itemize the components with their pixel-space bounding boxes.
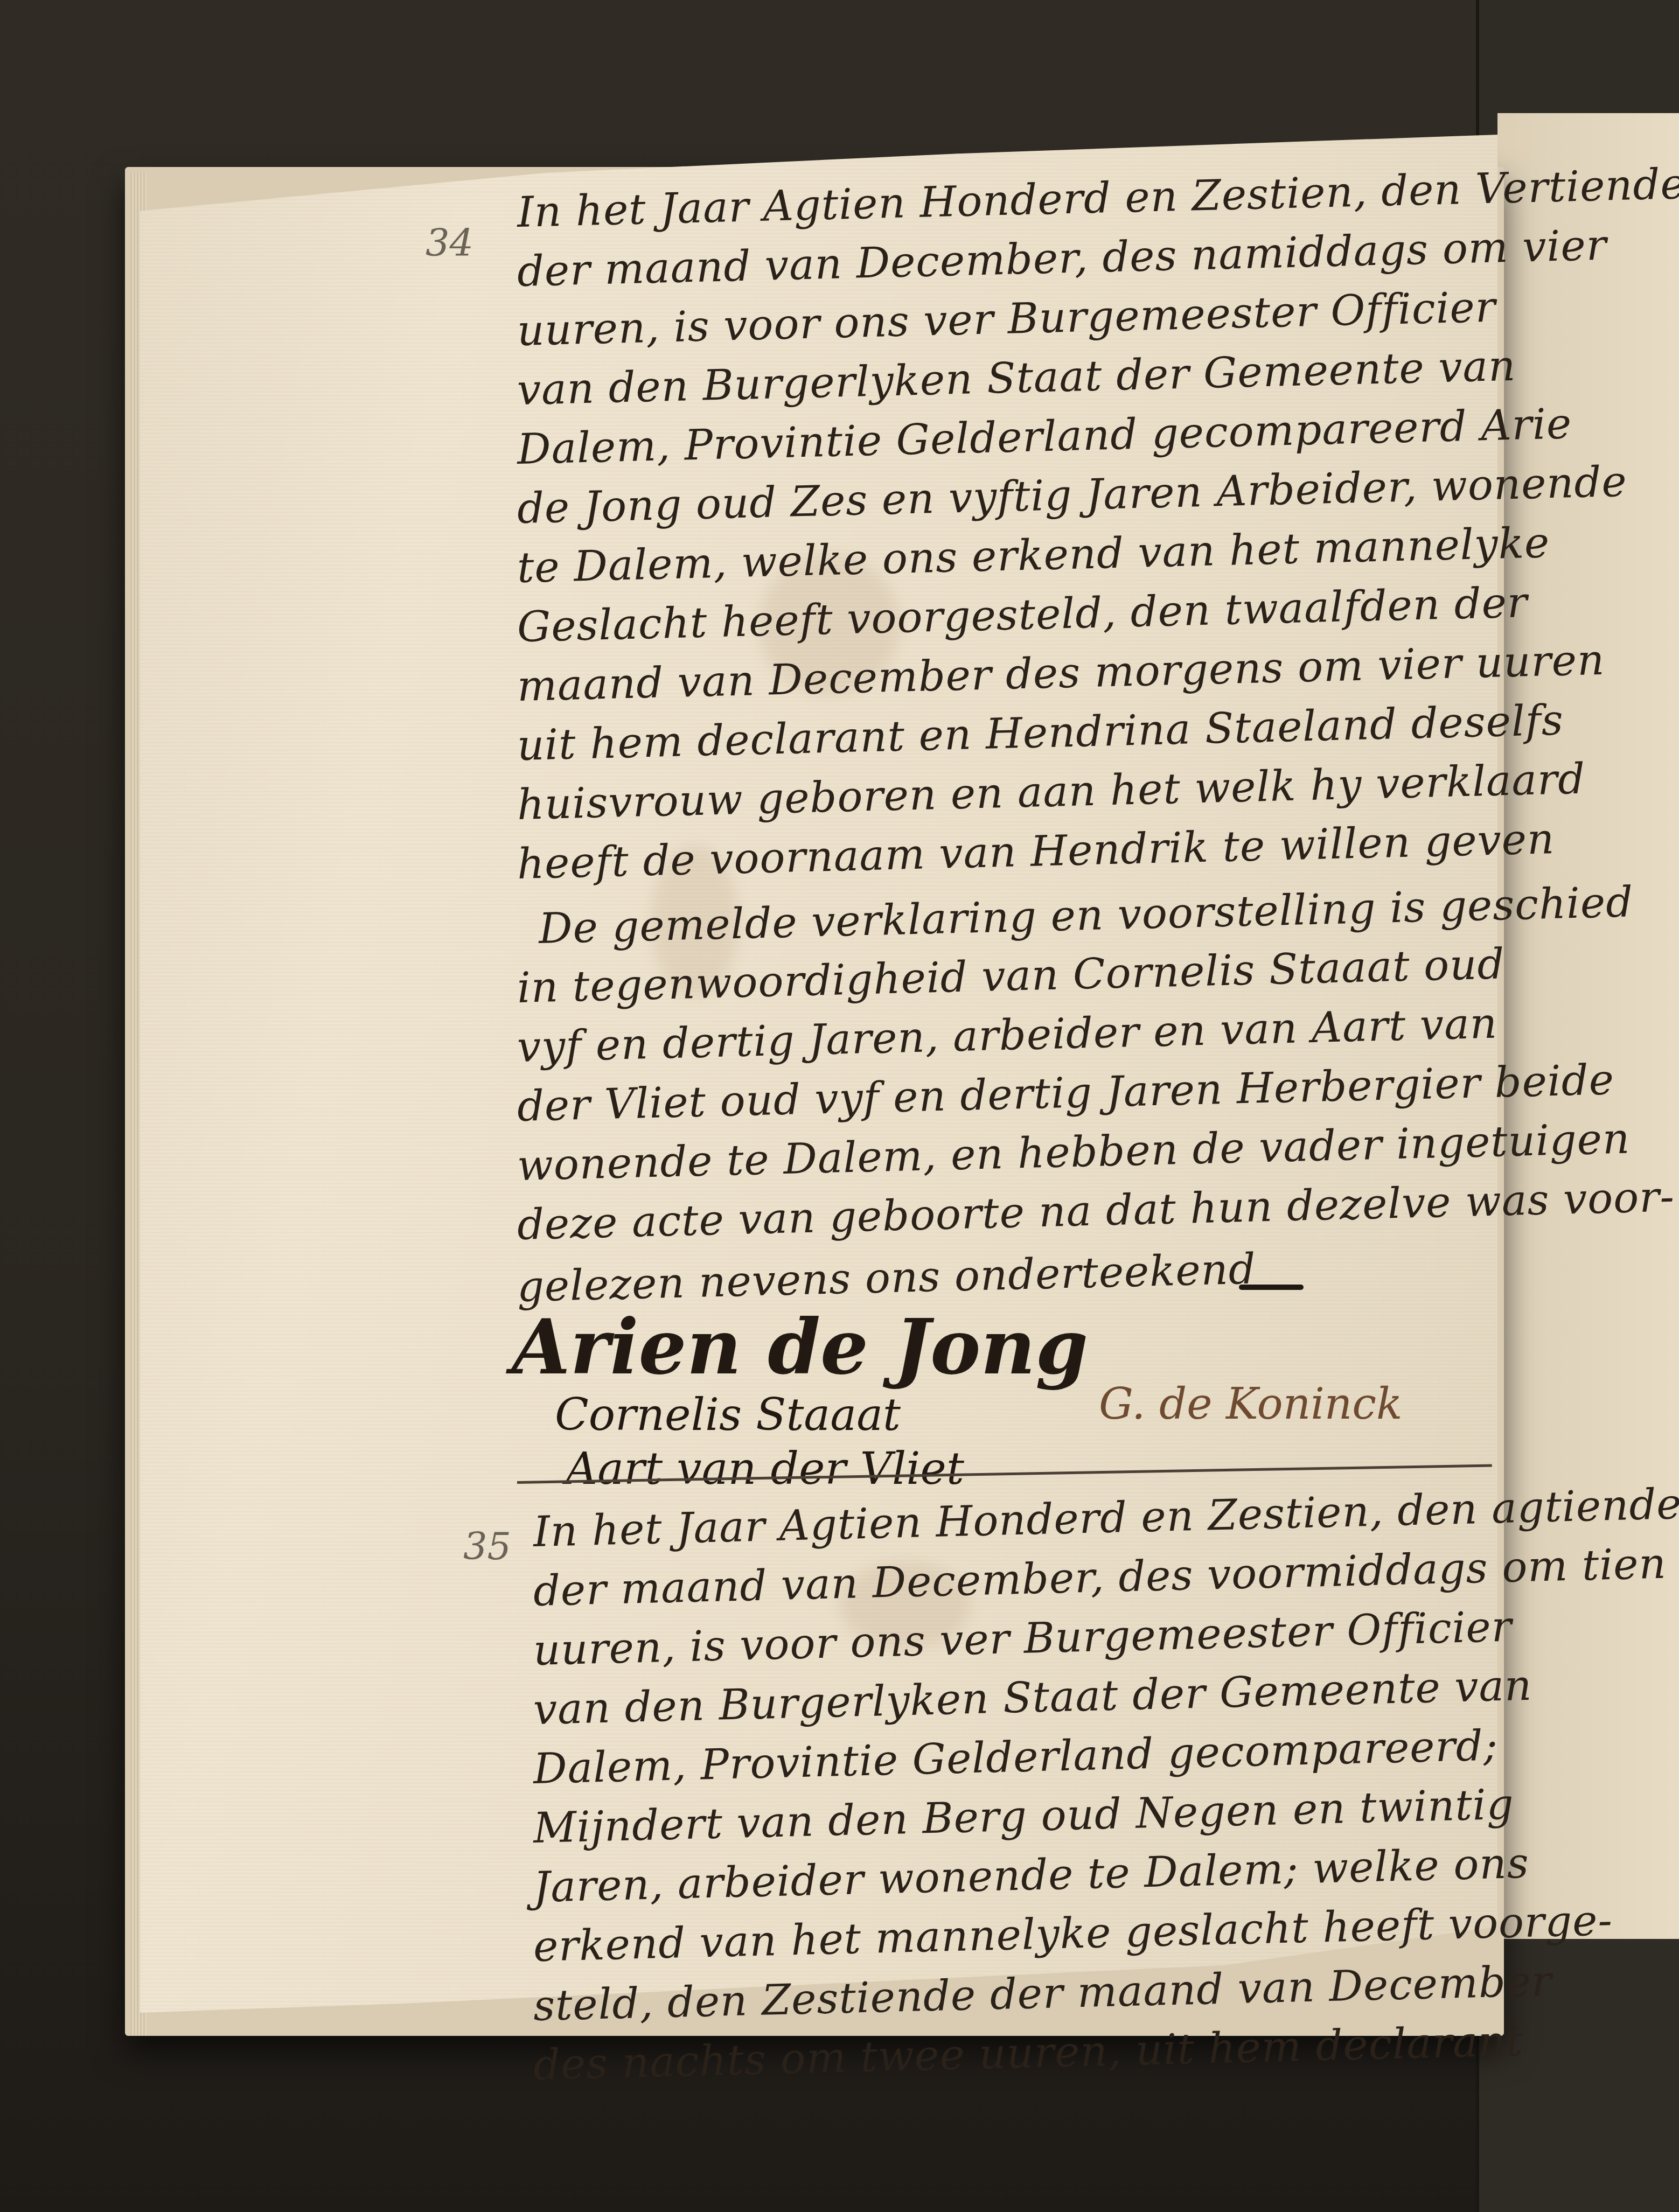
signature-official: G. de Koninck [1099, 1379, 1403, 1429]
signature-witness: Cornelis Staaat [555, 1390, 901, 1441]
end-dash [1239, 1285, 1304, 1290]
signature-declarant: Arien de Jong [512, 1303, 1088, 1392]
entry-number: 34 [426, 221, 473, 265]
entry-number: 35 [463, 1524, 511, 1568]
signature-witness: Aart van der Vliet [566, 1443, 964, 1495]
